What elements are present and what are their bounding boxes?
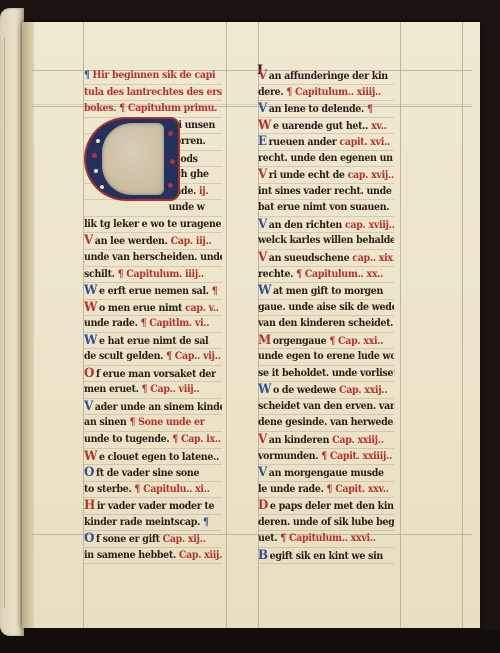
text-line: unde to tugende. ¶ Cap. ix.. bbox=[84, 432, 222, 449]
line-text: deren. unde of sik lube bege bbox=[258, 516, 394, 528]
initial-letter: W bbox=[84, 449, 97, 465]
rubric: cap. v.. bbox=[185, 302, 219, 314]
binding-gutter bbox=[22, 22, 34, 628]
text-line: Van den richten cap. xviij.. bbox=[258, 217, 394, 234]
line-text: an lee werden. bbox=[95, 235, 171, 247]
initial-letter: V bbox=[258, 250, 267, 266]
initial-letter: V bbox=[258, 101, 267, 117]
initial-letter: W bbox=[84, 283, 97, 299]
text-line: lik tg leker e wo te uragene. bbox=[84, 217, 222, 234]
text-line: Of erue man vorsaket der bbox=[84, 366, 222, 383]
initial-letter: M bbox=[258, 333, 271, 349]
rubric: ¶ Capitulum primu. bbox=[119, 102, 217, 114]
line-text: an morgengaue musde bbox=[269, 467, 384, 479]
text-line: kinder rade meintscap. ¶ bbox=[84, 515, 222, 532]
text-line: rechte. ¶ Capitulum.. xx.. bbox=[258, 267, 394, 284]
rubric: ¶ Capitulum.. xiiij.. bbox=[286, 86, 381, 98]
text-line: ¶Hir beginnen sik de capi bbox=[84, 68, 222, 85]
text-line: We uarende gut het.. xv.. bbox=[258, 118, 394, 135]
text-line: tula des lantrechtes des ersten bbox=[84, 85, 222, 102]
rubric: cap. xviij.. bbox=[345, 219, 394, 231]
rubric: ¶ Capitulum.. xxvi.. bbox=[280, 532, 375, 544]
rubric: ij. bbox=[199, 185, 208, 197]
text-line: dene gesinde. van herwede. bbox=[258, 415, 394, 432]
line-text: unde van herscheiden. unde her bbox=[84, 251, 222, 263]
line-text: an kinderen bbox=[269, 434, 332, 446]
line-text: unde w bbox=[169, 201, 205, 213]
rubric: ¶ Capit. xxiiij.. bbox=[321, 450, 392, 462]
text-line: Van morgengaue musde bbox=[258, 465, 394, 482]
initial-letter: O bbox=[84, 465, 94, 481]
text-line: an sinen ¶ Sone unde er bbox=[84, 415, 222, 432]
line-text: unde rade. bbox=[84, 317, 141, 329]
initial-letter: W bbox=[84, 300, 97, 316]
rubric: xv.. bbox=[371, 120, 387, 132]
line-text: unde to tugende. bbox=[84, 433, 172, 445]
text-line: Of sone er gift Cap. xij.. bbox=[84, 531, 222, 548]
line-text: f erue man vorsaket der bbox=[96, 368, 216, 380]
rubric: ¶ Cap. ix.. bbox=[172, 433, 221, 445]
line-text: bat erue nimt von suauen. bbox=[258, 201, 389, 213]
text-line: bat erue nimt von suauen. bbox=[258, 200, 394, 217]
text-line: se it beholdet. unde vorliset. bbox=[258, 366, 394, 383]
text-line: unde van herscheiden. unde her bbox=[84, 250, 222, 267]
line-text: rueuen ander bbox=[269, 136, 340, 148]
rubric: Cap. iij.. bbox=[171, 235, 212, 247]
text-line: unde egen to erene lude wo bbox=[258, 349, 394, 366]
line-text: kinder rade meintscap. bbox=[84, 516, 203, 528]
rubric: capit. xvi.. bbox=[339, 136, 390, 148]
rubric: cap.. xix.. bbox=[352, 252, 394, 264]
initial-letter: O bbox=[84, 366, 94, 382]
line-text: recht. unde den egenen un ler. bbox=[258, 152, 394, 164]
line-text: bokes. bbox=[84, 102, 119, 114]
text-line: to sterbe. ¶ Capitulu.. xi.. bbox=[84, 482, 222, 499]
text-line: welck karles willen behalden. bbox=[258, 233, 394, 250]
illuminated-initial bbox=[84, 117, 184, 203]
line-text: unde egen to erene lude wo bbox=[258, 350, 394, 362]
line-text: an den richten bbox=[269, 219, 345, 231]
rubric: ¶ Capitulum.. xx.. bbox=[296, 268, 383, 280]
initial-letter: W bbox=[258, 118, 271, 134]
rubric: ¶ bbox=[203, 516, 209, 528]
rubric: Cap. xij.. bbox=[163, 533, 206, 545]
text-line: Vader unde an sinem kinde bbox=[84, 399, 222, 416]
text-line: Erueuen ander capit. xvi.. bbox=[258, 134, 394, 151]
rubric: Cap. xxiij.. bbox=[332, 434, 384, 446]
line-text: uet. bbox=[258, 532, 280, 544]
initial-letter: D bbox=[258, 498, 268, 514]
line-text: an sinen bbox=[84, 416, 129, 428]
text-line: Vri unde echt de cap. xvij.. bbox=[258, 167, 394, 184]
rubric: ¶ Cap. xxi.. bbox=[329, 335, 383, 347]
line-text: men eruet. bbox=[84, 383, 142, 395]
initial-letter-ground bbox=[102, 123, 164, 195]
text-line: gaue. unde aise sik de wedewe bbox=[258, 300, 394, 317]
text-line: We erft erue nemen sal. ¶ bbox=[84, 283, 222, 300]
line-text: vormunden. bbox=[258, 450, 321, 462]
text-line: Van lee werden. Cap. iij.. bbox=[84, 233, 222, 250]
text-line: Oft de vader sine sone bbox=[84, 465, 222, 482]
initial-letter: E bbox=[258, 134, 267, 150]
initial-letter: W bbox=[84, 333, 97, 349]
rubric: ¶ Capitulu.. xi.. bbox=[134, 483, 209, 495]
text-line: Hir vader vader moder te bbox=[84, 498, 222, 515]
text-line: unde rade. ¶ Capitlm. vi.. bbox=[84, 316, 222, 333]
initial-letter: H bbox=[84, 498, 95, 514]
initial-letter: W bbox=[258, 283, 271, 299]
line-text: lik tg leker e wo te uragene. bbox=[84, 218, 222, 230]
text-line: de scult gelden. ¶ Cap.. vij.. bbox=[84, 349, 222, 366]
rubric: cap. xvij.. bbox=[348, 169, 394, 181]
initial-letter: V bbox=[258, 167, 267, 183]
text-line: bokes. ¶ Capitulum primu. bbox=[84, 101, 222, 118]
initial-letter: B bbox=[258, 548, 268, 564]
line-text: in samene hebbet. bbox=[84, 549, 179, 561]
text-line: Wat men gift to morgen bbox=[258, 283, 394, 300]
line-text: se it beholdet. unde vorliset. bbox=[258, 367, 394, 379]
line-text: Hir beginnen sik de capi bbox=[92, 69, 215, 81]
rubric: ¶ Sone unde er bbox=[129, 416, 204, 428]
line-text: orgengaue bbox=[273, 335, 330, 347]
line-text: egift sik en kint we sin bbox=[270, 550, 383, 562]
text-line: men eruet. ¶ Cap.. viij.. bbox=[84, 382, 222, 399]
line-text: an affunderinge der kin bbox=[269, 70, 388, 82]
line-text: f sone er gift bbox=[96, 533, 163, 545]
line-text: le unde rade. bbox=[258, 483, 327, 495]
text-line: vormunden. ¶ Capit. xxiiij.. bbox=[258, 449, 394, 466]
rubric: ¶ Capitlm. vi.. bbox=[141, 317, 210, 329]
initial-letter: V bbox=[258, 465, 267, 481]
line-text: scheidet van den erven. van bbox=[258, 400, 394, 412]
text-line: Van lene to delende. ¶ bbox=[258, 101, 394, 118]
line-text: ft de vader sine sone bbox=[96, 467, 199, 479]
line-text: schilt. bbox=[84, 268, 118, 280]
text-line: schilt. ¶ Capitulum. iiij.. bbox=[84, 267, 222, 284]
text-line: Van affunderinge der kin bbox=[258, 68, 394, 85]
line-text: van den kinderen scheidet. bbox=[258, 317, 394, 329]
line-text: e erft erue nemen sal. bbox=[99, 285, 212, 297]
text-line: van den kinderen scheidet. ¶ bbox=[258, 316, 394, 333]
text-line: in samene hebbet. Cap. xiij.. bbox=[84, 548, 222, 565]
text-line: dere. ¶ Capitulum.. xiiij.. bbox=[258, 85, 394, 102]
pilcrow-mark: ¶ bbox=[84, 68, 90, 84]
rubric: Cap. xxij.. bbox=[339, 384, 387, 396]
line-text: tula des lantrechtes des ersten bbox=[84, 86, 222, 98]
line-text: ader unde an sinem kinde bbox=[95, 401, 222, 413]
line-text: at men gift to morgen bbox=[273, 285, 383, 297]
line-text: de scult gelden. bbox=[84, 350, 166, 362]
text-line: scheidet van den erven. van bbox=[258, 399, 394, 416]
rubric: ¶ bbox=[212, 285, 218, 297]
text-line: int sines vader recht. unde we bbox=[258, 184, 394, 201]
text-line: We clouet egen to latene.. x.. bbox=[84, 449, 222, 466]
initial-letter: V bbox=[258, 68, 267, 84]
text-line: Wo de wedewe Cap. xxij.. bbox=[258, 382, 394, 399]
leaf-edge-line bbox=[4, 38, 5, 608]
line-text: welck karles willen behalden. bbox=[258, 234, 394, 246]
line-text: dene gesinde. van herwede. bbox=[258, 416, 394, 428]
initial-letter: V bbox=[258, 432, 267, 448]
text-line: deren. unde of sik lube bege bbox=[258, 515, 394, 532]
initial-letter: O bbox=[84, 531, 94, 547]
adjacent-leaf-edge bbox=[0, 8, 24, 636]
rubric: ¶ Capit. xxv.. bbox=[327, 483, 389, 495]
background-dark bbox=[0, 630, 500, 653]
rubric: ¶ bbox=[367, 103, 373, 115]
rubric: ¶ Capitulum. iiij.. bbox=[118, 268, 204, 280]
text-line: Begift sik en kint we sin bbox=[258, 548, 394, 565]
text-line: Wo men erue nimt cap. v.. bbox=[84, 300, 222, 317]
line-text: e paps deler met den kin bbox=[270, 500, 394, 512]
line-text: e uarende gut het.. bbox=[273, 120, 371, 132]
line-text: dere. bbox=[258, 86, 286, 98]
line-text: an sueudschene bbox=[269, 252, 352, 264]
rubric: Cap. xiij.. bbox=[179, 549, 222, 561]
line-text: e clouet egen to latene.. bbox=[99, 451, 222, 463]
line-text: gaue. unde aise sik de wedewe bbox=[258, 301, 394, 313]
text-line: Van sueudschene cap.. xix.. bbox=[258, 250, 394, 267]
initial-letter: V bbox=[84, 233, 93, 249]
line-text: ri unde echt de bbox=[269, 169, 348, 181]
ruling-line bbox=[462, 22, 463, 628]
initial-letter: V bbox=[84, 399, 93, 415]
text-line: recht. unde den egenen un ler. bbox=[258, 151, 394, 168]
line-text: int sines vader recht. unde we bbox=[258, 185, 394, 197]
line-text: rechte. bbox=[258, 268, 296, 280]
line-text: ir vader vader moder te bbox=[97, 500, 214, 512]
text-line: le unde rade. ¶ Capit. xxv.. bbox=[258, 482, 394, 499]
initial-letter: V bbox=[258, 217, 267, 233]
text-line: Morgengaue ¶ Cap. xxi.. bbox=[258, 333, 394, 350]
rubric: ¶ Cap.. vij.. bbox=[166, 350, 220, 362]
line-text: to sterbe. bbox=[84, 483, 134, 495]
text-column-right: Van affunderinge der kindere. ¶ Capitulu… bbox=[258, 68, 408, 564]
line-text: o men erue nimt bbox=[99, 302, 185, 314]
text-line: uet. ¶ Capitulum.. xxvi.. bbox=[258, 531, 394, 548]
line-text: o de wedewe bbox=[273, 384, 339, 396]
text-line: Van kinderen Cap. xxiij.. bbox=[258, 432, 394, 449]
text-line: We hat erue nimt de sal bbox=[84, 333, 222, 350]
line-text: e hat erue nimt de sal bbox=[99, 335, 208, 347]
text-line: De paps deler met den kin bbox=[258, 498, 394, 515]
rubric: ¶ Cap.. viij.. bbox=[142, 383, 200, 395]
line-text: an lene to delende. bbox=[269, 103, 367, 115]
initial-letter: W bbox=[258, 382, 271, 398]
